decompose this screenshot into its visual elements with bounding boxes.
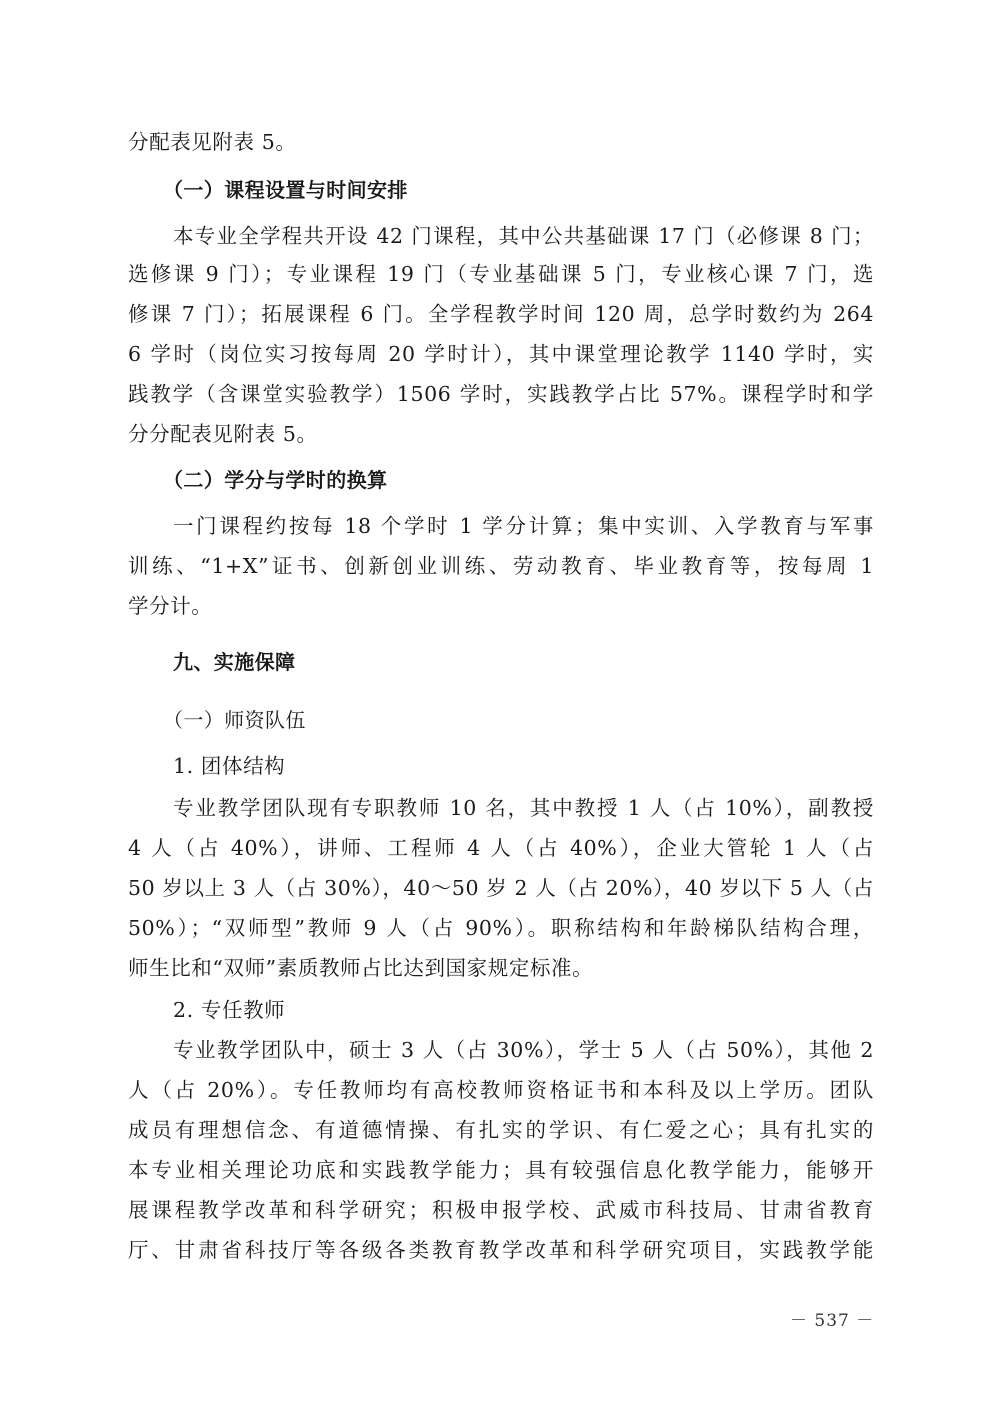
paragraph-line: 师生比和“双师”素质教师占比达到国家规定标准。 <box>128 954 874 982</box>
paragraph-line: 学分计。 <box>128 592 874 620</box>
paragraph-line: 本专业全学程共开设 42 门课程，其中公共基础课 17 门（必修课 8 门； <box>173 222 874 250</box>
paragraph-line: 6 学时（岗位实习按每周 20 学时计），其中课堂理论教学 1140 学时，实 <box>128 340 874 368</box>
paragraph-line: 分配表见附表 5。 <box>128 128 874 156</box>
section-heading-credit-conversion: （二）学分与学时的换算 <box>163 466 909 494</box>
chapter-heading-implementation: 九、实施保障 <box>173 648 919 676</box>
page-number: － 537 － <box>790 1306 874 1331</box>
subsection-heading-full-time-teachers: 2. 专任教师 <box>173 996 874 1024</box>
document-page: 分配表见附表 5。 （一）课程设置与时间安排 本专业全学程共开设 42 门课程，… <box>0 0 1000 1414</box>
section-heading-faculty: （一）师资队伍 <box>163 706 909 734</box>
section-heading-course-setup: （一）课程设置与时间安排 <box>163 176 909 204</box>
paragraph-line: 选修课 9 门）；专业课程 19 门（专业基础课 5 门，专业核心课 7 门，选 <box>128 260 874 288</box>
paragraph-line: 厅、甘肃省科技厅等各级各类教育教学改革和科学研究项目，实践教学能 <box>128 1236 874 1264</box>
paragraph-line: 分分配表见附表 5。 <box>128 420 874 448</box>
paragraph-line: 50%）；“双师型”教师 9 人（占 90%）。职称结构和年龄梯队结构合理， <box>128 914 874 942</box>
paragraph-line: 一门课程约按每 18 个学时 1 学分计算；集中实训、入学教育与军事 <box>173 512 874 540</box>
paragraph-line: 展课程教学改革和科学研究；积极申报学校、武威市科技局、甘肃省教育 <box>128 1196 874 1224</box>
paragraph-line: 50 岁以上 3 人（占 30%），40～50 岁 2 人（占 20%），40 … <box>128 874 874 902</box>
paragraph-line: 践教学（含课堂实验教学）1506 学时，实践教学占比 57%。课程学时和学 <box>128 380 874 408</box>
paragraph-line: 专业教学团队现有专职教师 10 名，其中教授 1 人（占 10%），副教授 <box>173 794 874 822</box>
paragraph-line: 人（占 20%）。专任教师均有高校教师资格证书和本科及以上学历。团队 <box>128 1076 874 1104</box>
paragraph-line: 专业教学团队中，硕士 3 人（占 30%），学士 5 人（占 50%），其他 2 <box>173 1036 874 1064</box>
paragraph-line: 成员有理想信念、有道德情操、有扎实的学识、有仁爱之心；具有扎实的 <box>128 1116 874 1144</box>
paragraph-line: 4 人（占 40%），讲师、工程师 4 人（占 40%），企业大管轮 1 人（占… <box>128 834 874 862</box>
paragraph-line: 训练、“1+X”证书、创新创业训练、劳动教育、毕业教育等，按每周 1 <box>128 552 874 580</box>
paragraph-line: 修课 7 门）；拓展课程 6 门。全学程教学时间 120 周，总学时数约为 26… <box>128 300 874 328</box>
paragraph-line: 本专业相关理论功底和实践教学能力；具有较强信息化教学能力，能够开 <box>128 1156 874 1184</box>
subsection-heading-team-structure: 1. 团体结构 <box>173 752 874 780</box>
